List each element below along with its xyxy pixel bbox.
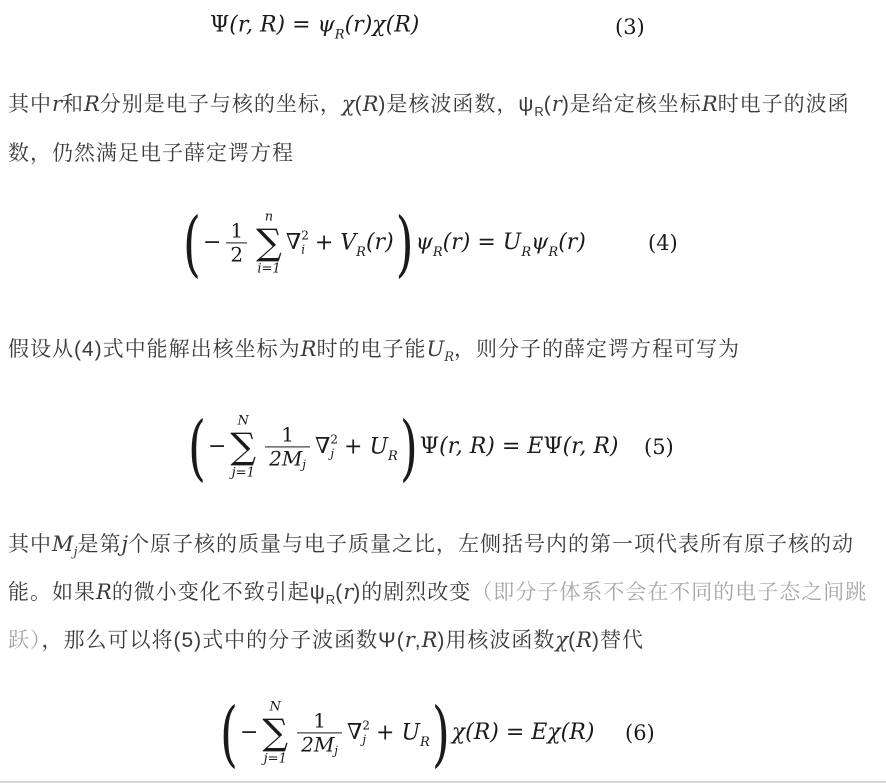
- fraction-denominator: 2M: [269, 448, 302, 471]
- math-token: Ψ: [420, 434, 439, 459]
- summation-lower-limit: i=1: [257, 261, 280, 277]
- text-run: 跃）: [8, 629, 42, 652]
- math-subscript: R: [548, 245, 558, 260]
- sigma-symbol: ∑: [262, 715, 288, 751]
- math-token: ψ: [531, 230, 548, 255]
- paragraph-3-line-3: 跃），那么可以将(5)式中的分子波函数Ψ(r,R)用核波函数χ(R)替代: [8, 626, 644, 655]
- equation-3: Ψ(r, R) = ψR(r)χ(R) (3): [0, 2, 886, 52]
- paragraph-3-line-2: 能。如果R的微小变化不致引起ψR(r)的剧烈改变（即分子体系不会在不同的电子态之…: [8, 578, 867, 614]
- text-run: (: [568, 629, 576, 652]
- superscript: 2: [362, 719, 370, 733]
- text-run: ,: [415, 629, 422, 652]
- subscript: j: [330, 447, 338, 461]
- math-token: ψ: [416, 230, 433, 255]
- superscript: 2: [301, 229, 309, 243]
- nabla-symbol: ∇: [286, 230, 301, 255]
- denominator-subscript: j: [334, 745, 338, 759]
- paragraph-1-line-1: 其中r和R分别是电子与核的坐标，χ(R)是核波函数，ψR(r)是给定核坐标R时电…: [8, 90, 850, 126]
- summation-lower-limit: j=1: [264, 751, 287, 767]
- text-run: R: [576, 628, 592, 652]
- text-run: )替代: [592, 629, 644, 652]
- nabla-symbol: ∇: [315, 434, 330, 459]
- text-run: R: [444, 350, 454, 365]
- fraction: 12: [226, 220, 247, 267]
- text-run: (: [335, 581, 343, 604]
- superscript: 2: [330, 433, 338, 447]
- equation-number: (5): [644, 435, 674, 459]
- text-run: 的微小变化不致引起ψ: [112, 581, 326, 604]
- document-page: Ψ(r, R) = ψR(r)χ(R) (3) 其中r和R分别是电子与核的坐标，…: [0, 0, 886, 783]
- right-paren: ): [432, 697, 450, 768]
- denominator-subscript: j: [302, 459, 306, 473]
- text-run: 数，仍然满足电子薛定谔方程: [8, 142, 294, 165]
- paragraph-3-line-1: 其中Mj是第j个原子核的质量与电子质量之比，左侧括号内的第一项代表所有原子核的动: [8, 530, 854, 567]
- math-subscript: R: [335, 28, 345, 43]
- equation-number: (3): [615, 15, 645, 39]
- fraction-numerator: 1: [226, 220, 247, 243]
- text-run: (: [355, 93, 363, 116]
- nabla-symbol: ∇: [347, 720, 362, 745]
- summation: n∑i=1: [256, 209, 282, 276]
- nabla-scripts: 2j: [362, 719, 370, 747]
- text-run: (: [544, 93, 552, 116]
- math-token: Ψ: [543, 434, 562, 459]
- text-run: 是第: [78, 533, 122, 556]
- sigma-symbol: ∑: [256, 225, 282, 261]
- text-run: （即分子体系不会在不同的电子态之间跳: [471, 581, 867, 604]
- math-token: χ: [452, 720, 465, 745]
- math-token: (r)χ(R): [345, 13, 420, 38]
- text-run: )的剧烈改变: [353, 581, 471, 604]
- subscript: j: [362, 733, 370, 747]
- fraction-numerator: 1: [277, 424, 298, 447]
- text-run: r: [405, 628, 415, 652]
- fraction-numerator: 1: [309, 710, 330, 733]
- text-run: χ: [555, 628, 568, 652]
- fraction: 12Mj: [265, 424, 310, 471]
- text-run: ，那么可以将(5)式中的分子波函数Ψ(: [42, 629, 405, 652]
- math-token: χ: [547, 720, 560, 745]
- minus-sign: −: [208, 434, 226, 459]
- left-paren: (: [220, 697, 238, 768]
- summation: N∑j=1: [230, 413, 256, 480]
- math-token: (r) = U: [443, 230, 522, 255]
- minus-sign: −: [240, 720, 258, 745]
- text-run: M: [52, 532, 74, 556]
- text-run: )用核波函数: [437, 629, 555, 652]
- text-run: R: [84, 92, 100, 116]
- text-run: R: [702, 92, 718, 116]
- text-run: 假设从(4)式中能解出核坐标为: [8, 338, 301, 361]
- math-token: (r, R): [563, 434, 619, 459]
- text-run: R: [301, 337, 317, 361]
- math-token: (r, R) = E: [439, 434, 543, 459]
- math-subscript: R: [388, 449, 398, 464]
- text-run: χ: [342, 92, 355, 116]
- text-run: )是给定核坐标: [562, 93, 702, 116]
- nabla-scripts: 2i: [301, 229, 309, 257]
- text-run: 个原子核的质量与电子质量之比，左侧括号内的第一项代表所有原子核的动: [128, 533, 854, 556]
- equation-5: (−N∑j=112Mj∇2j+ UR)Ψ(r, R) = EΨ(r, R) (5…: [0, 402, 886, 492]
- subscript: i: [301, 243, 309, 257]
- math-token: + V: [315, 230, 356, 255]
- text-run: 时的电子能: [316, 338, 426, 361]
- text-run: 其中: [8, 533, 52, 556]
- paragraph-2-line-1: 假设从(4)式中能解出核坐标为R时的电子能UR，则分子的薛定谔方程可写为: [8, 335, 740, 372]
- text-run: R: [363, 92, 379, 116]
- math-subscript: R: [420, 735, 430, 750]
- text-run: U: [426, 337, 444, 361]
- paragraph-1-line-2: 数，仍然满足电子薛定谔方程: [8, 140, 294, 168]
- math-subscript: R: [356, 245, 366, 260]
- text-run: )是核波函数，ψ: [378, 93, 534, 116]
- equation-4: (−12n∑i=1∇2i+ VR(r))ψR(r) = URψR(r) (4): [0, 198, 886, 288]
- math-subscript: R: [521, 245, 531, 260]
- equation-6-math: (−N∑j=112Mj∇2j+ UR)χ(R) = Eχ(R): [218, 699, 594, 766]
- text-run: ，则分子的薛定谔方程可写为: [454, 338, 740, 361]
- text-run: 能。如果: [8, 581, 96, 604]
- right-paren: ): [396, 207, 414, 278]
- text-run: R: [326, 592, 335, 607]
- equation-3-math: Ψ(r, R) = ψR(r)χ(R): [210, 12, 419, 43]
- text-run: 时电子的波函: [718, 93, 850, 116]
- summation: N∑j=1: [262, 699, 288, 766]
- text-run: R: [422, 628, 438, 652]
- math-token: (r, R) = ψ: [229, 13, 335, 38]
- fraction-denominator: 2: [230, 244, 243, 267]
- math-token: (r): [558, 230, 586, 255]
- text-run: r: [552, 92, 562, 116]
- equation-5-math: (−N∑j=112Mj∇2j+ UR)Ψ(r, R) = EΨ(r, R): [186, 413, 618, 480]
- left-paren: (: [183, 207, 201, 278]
- math-token: + U: [376, 720, 420, 745]
- math-token: + U: [344, 434, 388, 459]
- text-run: 分别是电子与核的坐标，: [100, 93, 342, 116]
- math-token: (R) = E: [465, 720, 547, 745]
- left-paren: (: [188, 411, 206, 482]
- equation-number: (6): [625, 721, 655, 745]
- equation-4-math: (−12n∑i=1∇2i+ VR(r))ψR(r) = URψR(r): [181, 209, 586, 276]
- nabla-scripts: 2j: [330, 433, 338, 461]
- summation-lower-limit: j=1: [232, 465, 255, 481]
- fraction-denominator: 2M: [301, 734, 334, 757]
- text-run: r: [52, 92, 62, 116]
- minus-sign: −: [203, 230, 221, 255]
- sigma-symbol: ∑: [230, 429, 256, 465]
- math-token: (R): [561, 720, 595, 745]
- text-run: r: [343, 580, 353, 604]
- text-run: R: [96, 580, 112, 604]
- text-run: 其中: [8, 93, 52, 116]
- text-run: 和: [62, 93, 84, 116]
- fraction: 12Mj: [297, 710, 342, 757]
- math-subscript: R: [433, 245, 443, 260]
- text-run: R: [534, 104, 543, 119]
- equation-6: (−N∑j=112Mj∇2j+ UR)χ(R) = Eχ(R) (6): [0, 688, 886, 778]
- equation-number: (4): [648, 231, 678, 255]
- right-paren: ): [400, 411, 418, 482]
- math-token: Ψ: [210, 13, 229, 38]
- math-token: (r): [366, 230, 394, 255]
